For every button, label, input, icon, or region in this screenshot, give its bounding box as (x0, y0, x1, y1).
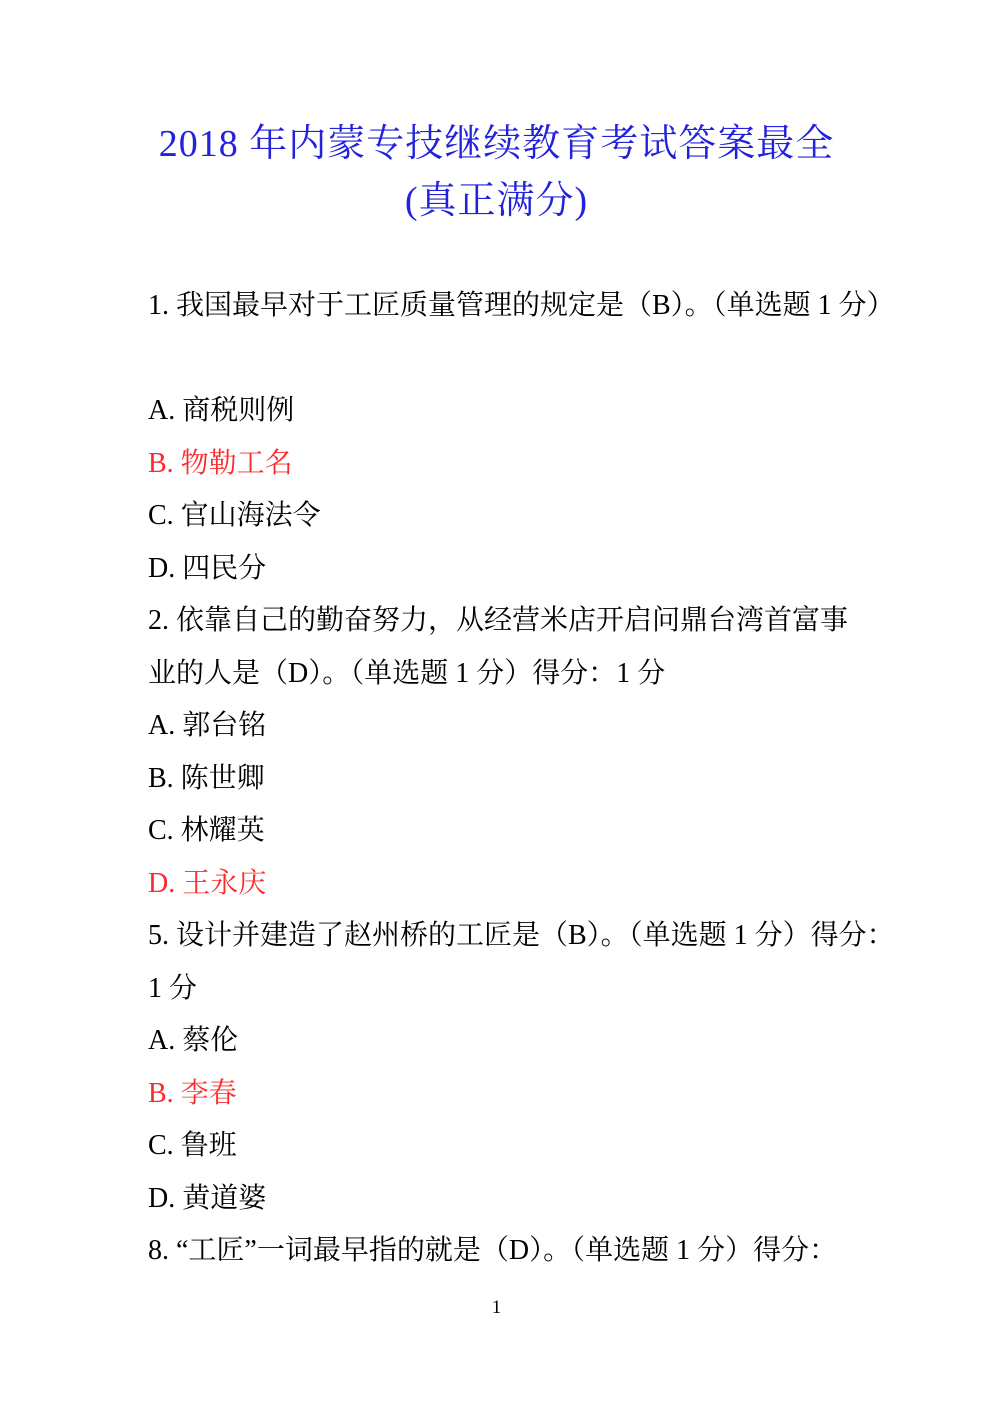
blank-line (148, 333, 853, 386)
question-5: 5. 设计并建造了赵州桥的工匠是（B）。（单选题 1 分）得分： 1 分 A. … (148, 910, 853, 1225)
title-line-2: (真正满分) (0, 173, 993, 230)
questions-list: 1. 我国最早对于工匠质量管理的规定是（B）。（单选题 1 分） A. 商税则例… (0, 280, 993, 1278)
question-text: 2. 依靠自己的勤奋努力，从经营米店开启问鼎台湾首富事 (148, 595, 853, 648)
question-text: 业的人是（D）。（单选题 1 分）得分：1 分 (148, 648, 853, 701)
answer-option-a: A. 蔡伦 (148, 1015, 853, 1068)
document-page: 2018 年内蒙专技继续教育考试答案最全 (真正满分) 1. 我国最早对于工匠质… (0, 0, 993, 1404)
document-title: 2018 年内蒙专技继续教育考试答案最全 (真正满分) (0, 0, 993, 230)
answer-option-d: D. 黄道婆 (148, 1173, 853, 1226)
title-line-1: 2018 年内蒙专技继续教育考试答案最全 (0, 116, 993, 173)
page-number: 1 (0, 1296, 993, 1320)
answer-option-a: A. 商税则例 (148, 385, 853, 438)
question-2: 2. 依靠自己的勤奋努力，从经营米店开启问鼎台湾首富事 业的人是（D）。（单选题… (148, 595, 853, 910)
answer-option-b: B. 李春 (148, 1068, 853, 1121)
question-8: 8. “工匠”一词最早指的就是（D）。（单选题 1 分）得分： (148, 1225, 853, 1278)
answer-option-c: C. 林耀英 (148, 805, 853, 858)
answer-option-a: A. 郭台铭 (148, 700, 853, 753)
answer-option-d: D. 四民分 (148, 543, 853, 596)
question-text: 5. 设计并建造了赵州桥的工匠是（B）。（单选题 1 分）得分： (148, 910, 853, 963)
question-text: 1 分 (148, 963, 853, 1016)
question-text: 1. 我国最早对于工匠质量管理的规定是（B）。（单选题 1 分） (148, 280, 853, 333)
answer-option-b: B. 物勒工名 (148, 438, 853, 491)
answer-option-c: C. 官山海法令 (148, 490, 853, 543)
answer-option-b: B. 陈世卿 (148, 753, 853, 806)
answer-option-d: D. 王永庆 (148, 858, 853, 911)
question-text: 8. “工匠”一词最早指的就是（D）。（单选题 1 分）得分： (148, 1225, 853, 1278)
answer-option-c: C. 鲁班 (148, 1120, 853, 1173)
question-1: 1. 我国最早对于工匠质量管理的规定是（B）。（单选题 1 分） A. 商税则例… (148, 280, 853, 595)
